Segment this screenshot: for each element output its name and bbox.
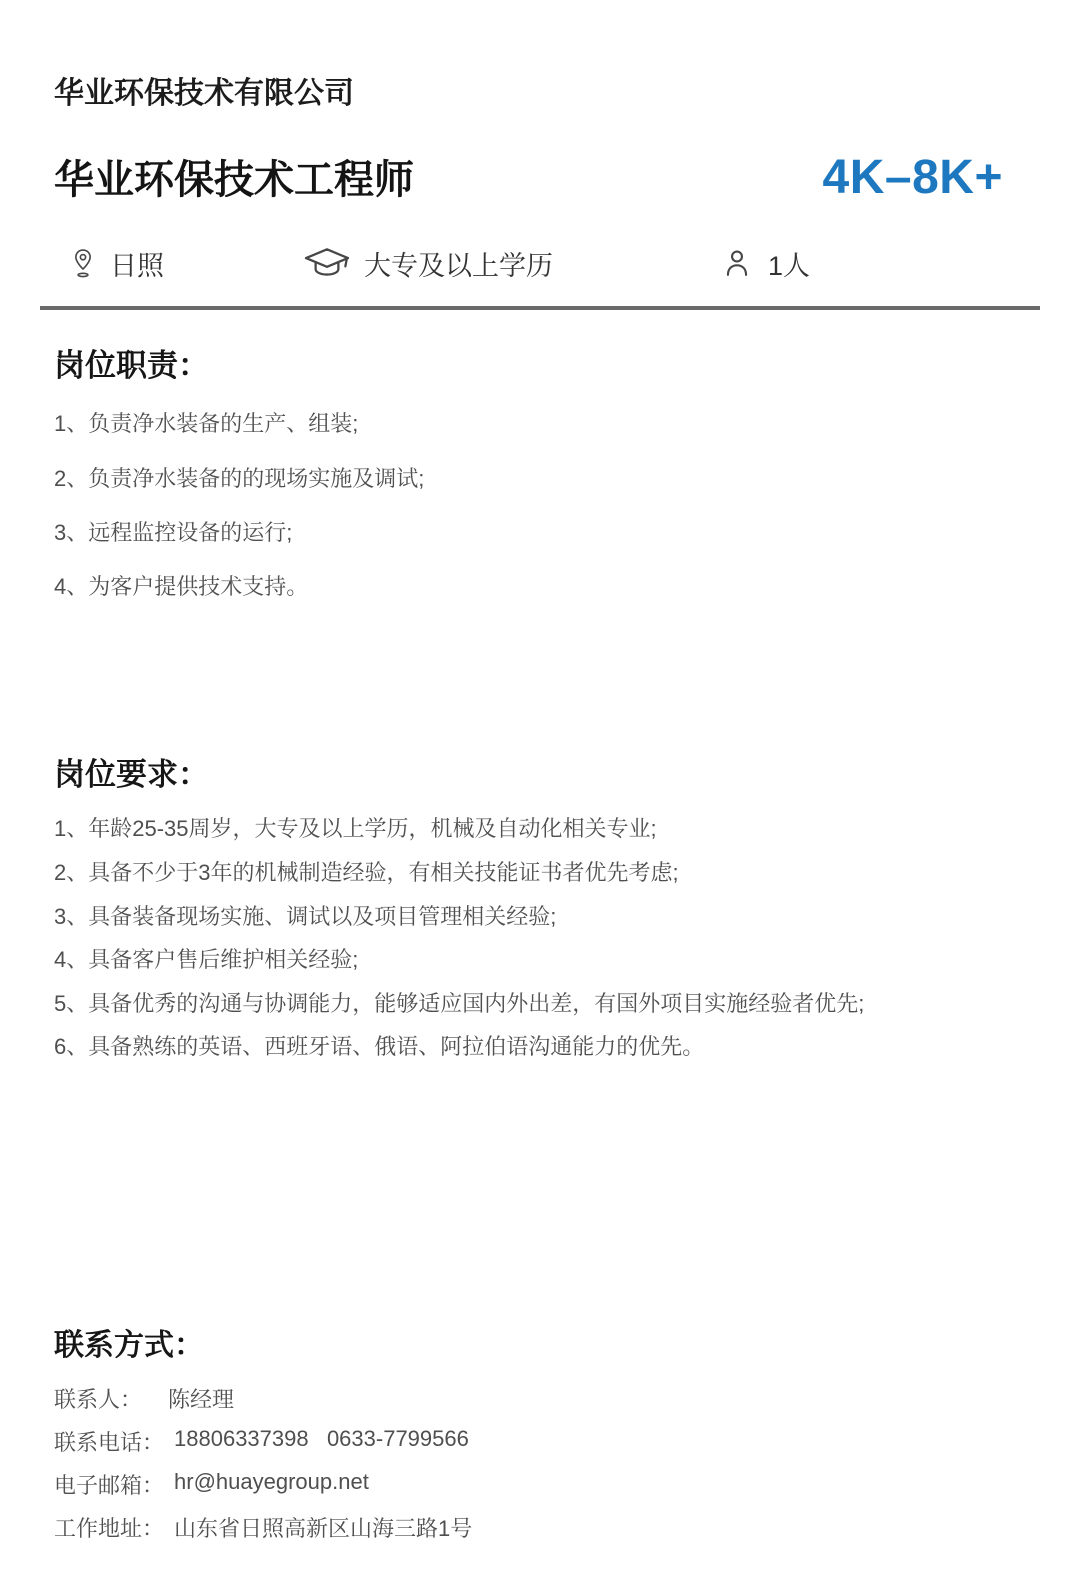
requirement-item: 1、年龄25-35周岁，大专及以上学历，机械及自动化相关专业; — [54, 812, 657, 843]
headcount-label: 1人 — [768, 244, 810, 283]
contact-person-value: 陈经理 — [168, 1383, 234, 1414]
company-name: 华业环保技术有限公司 — [54, 68, 354, 112]
contact-phone-label: 联系电话： — [54, 1426, 164, 1457]
requirements-title: 岗位要求： — [54, 749, 209, 794]
contact-email-value: hr@huayegroup.net — [174, 1469, 369, 1500]
meta-education: 大专及以上学历 — [302, 238, 553, 288]
requirement-item: 2、具备不少于3年的机械制造经验，有相关技能证书者优先考虑; — [54, 856, 679, 887]
job-title: 华业环保技术工程师 — [54, 148, 414, 205]
contact-address-label: 工作地址： — [54, 1512, 164, 1543]
salary-range: 4K–8K+ — [823, 150, 1003, 205]
location-pin-icon — [70, 244, 96, 282]
requirement-item: 4、具备客户售后维护相关经验; — [54, 943, 358, 974]
requirement-item: 6、具备熟练的英语、西班牙语、俄语、阿拉伯语沟通能力的优先。 — [54, 1030, 704, 1061]
location-label: 日照 — [110, 244, 164, 283]
meta-location: 日照 — [70, 238, 164, 288]
responsibility-item: 4、为客户提供技术支持。 — [54, 570, 308, 601]
responsibility-item: 3、远程监控设备的运行; — [54, 516, 292, 547]
contact-email-line: 电子邮箱： hr@huayegroup.net — [54, 1469, 369, 1500]
contact-email-label: 电子邮箱： — [54, 1469, 164, 1500]
contact-address-value: 山东省日照高新区山海三路1号 — [174, 1512, 472, 1543]
contact-person-line: 联系人： 陈经理 — [54, 1383, 234, 1414]
requirement-item: 5、具备优秀的沟通与协调能力，能够适应国内外出差，有国外项目实施经验者优先; — [54, 987, 864, 1018]
contact-phone-line: 联系电话： 18806337398 0633-7799566 — [54, 1426, 469, 1457]
contact-person-label: 联系人： — [54, 1383, 142, 1414]
contact-phone-value: 18806337398 0633-7799566 — [174, 1426, 469, 1457]
responsibilities-title: 岗位职责： — [54, 340, 209, 385]
responsibility-item: 1、负责净水装备的生产、组装; — [54, 407, 358, 438]
meta-headcount: 1人 — [720, 238, 810, 288]
responsibility-item: 2、负责净水装备的的现场实施及调试; — [54, 462, 424, 493]
contact-title: 联系方式： — [54, 1320, 204, 1364]
education-label: 大专及以上学历 — [364, 244, 553, 283]
person-icon — [720, 245, 754, 281]
contact-address-line: 工作地址： 山东省日照高新区山海三路1号 — [54, 1512, 472, 1543]
header-divider — [40, 306, 1040, 310]
requirement-item: 3、具备装备现场实施、调试以及项目管理相关经验; — [54, 900, 556, 931]
graduation-cap-icon — [302, 242, 352, 284]
